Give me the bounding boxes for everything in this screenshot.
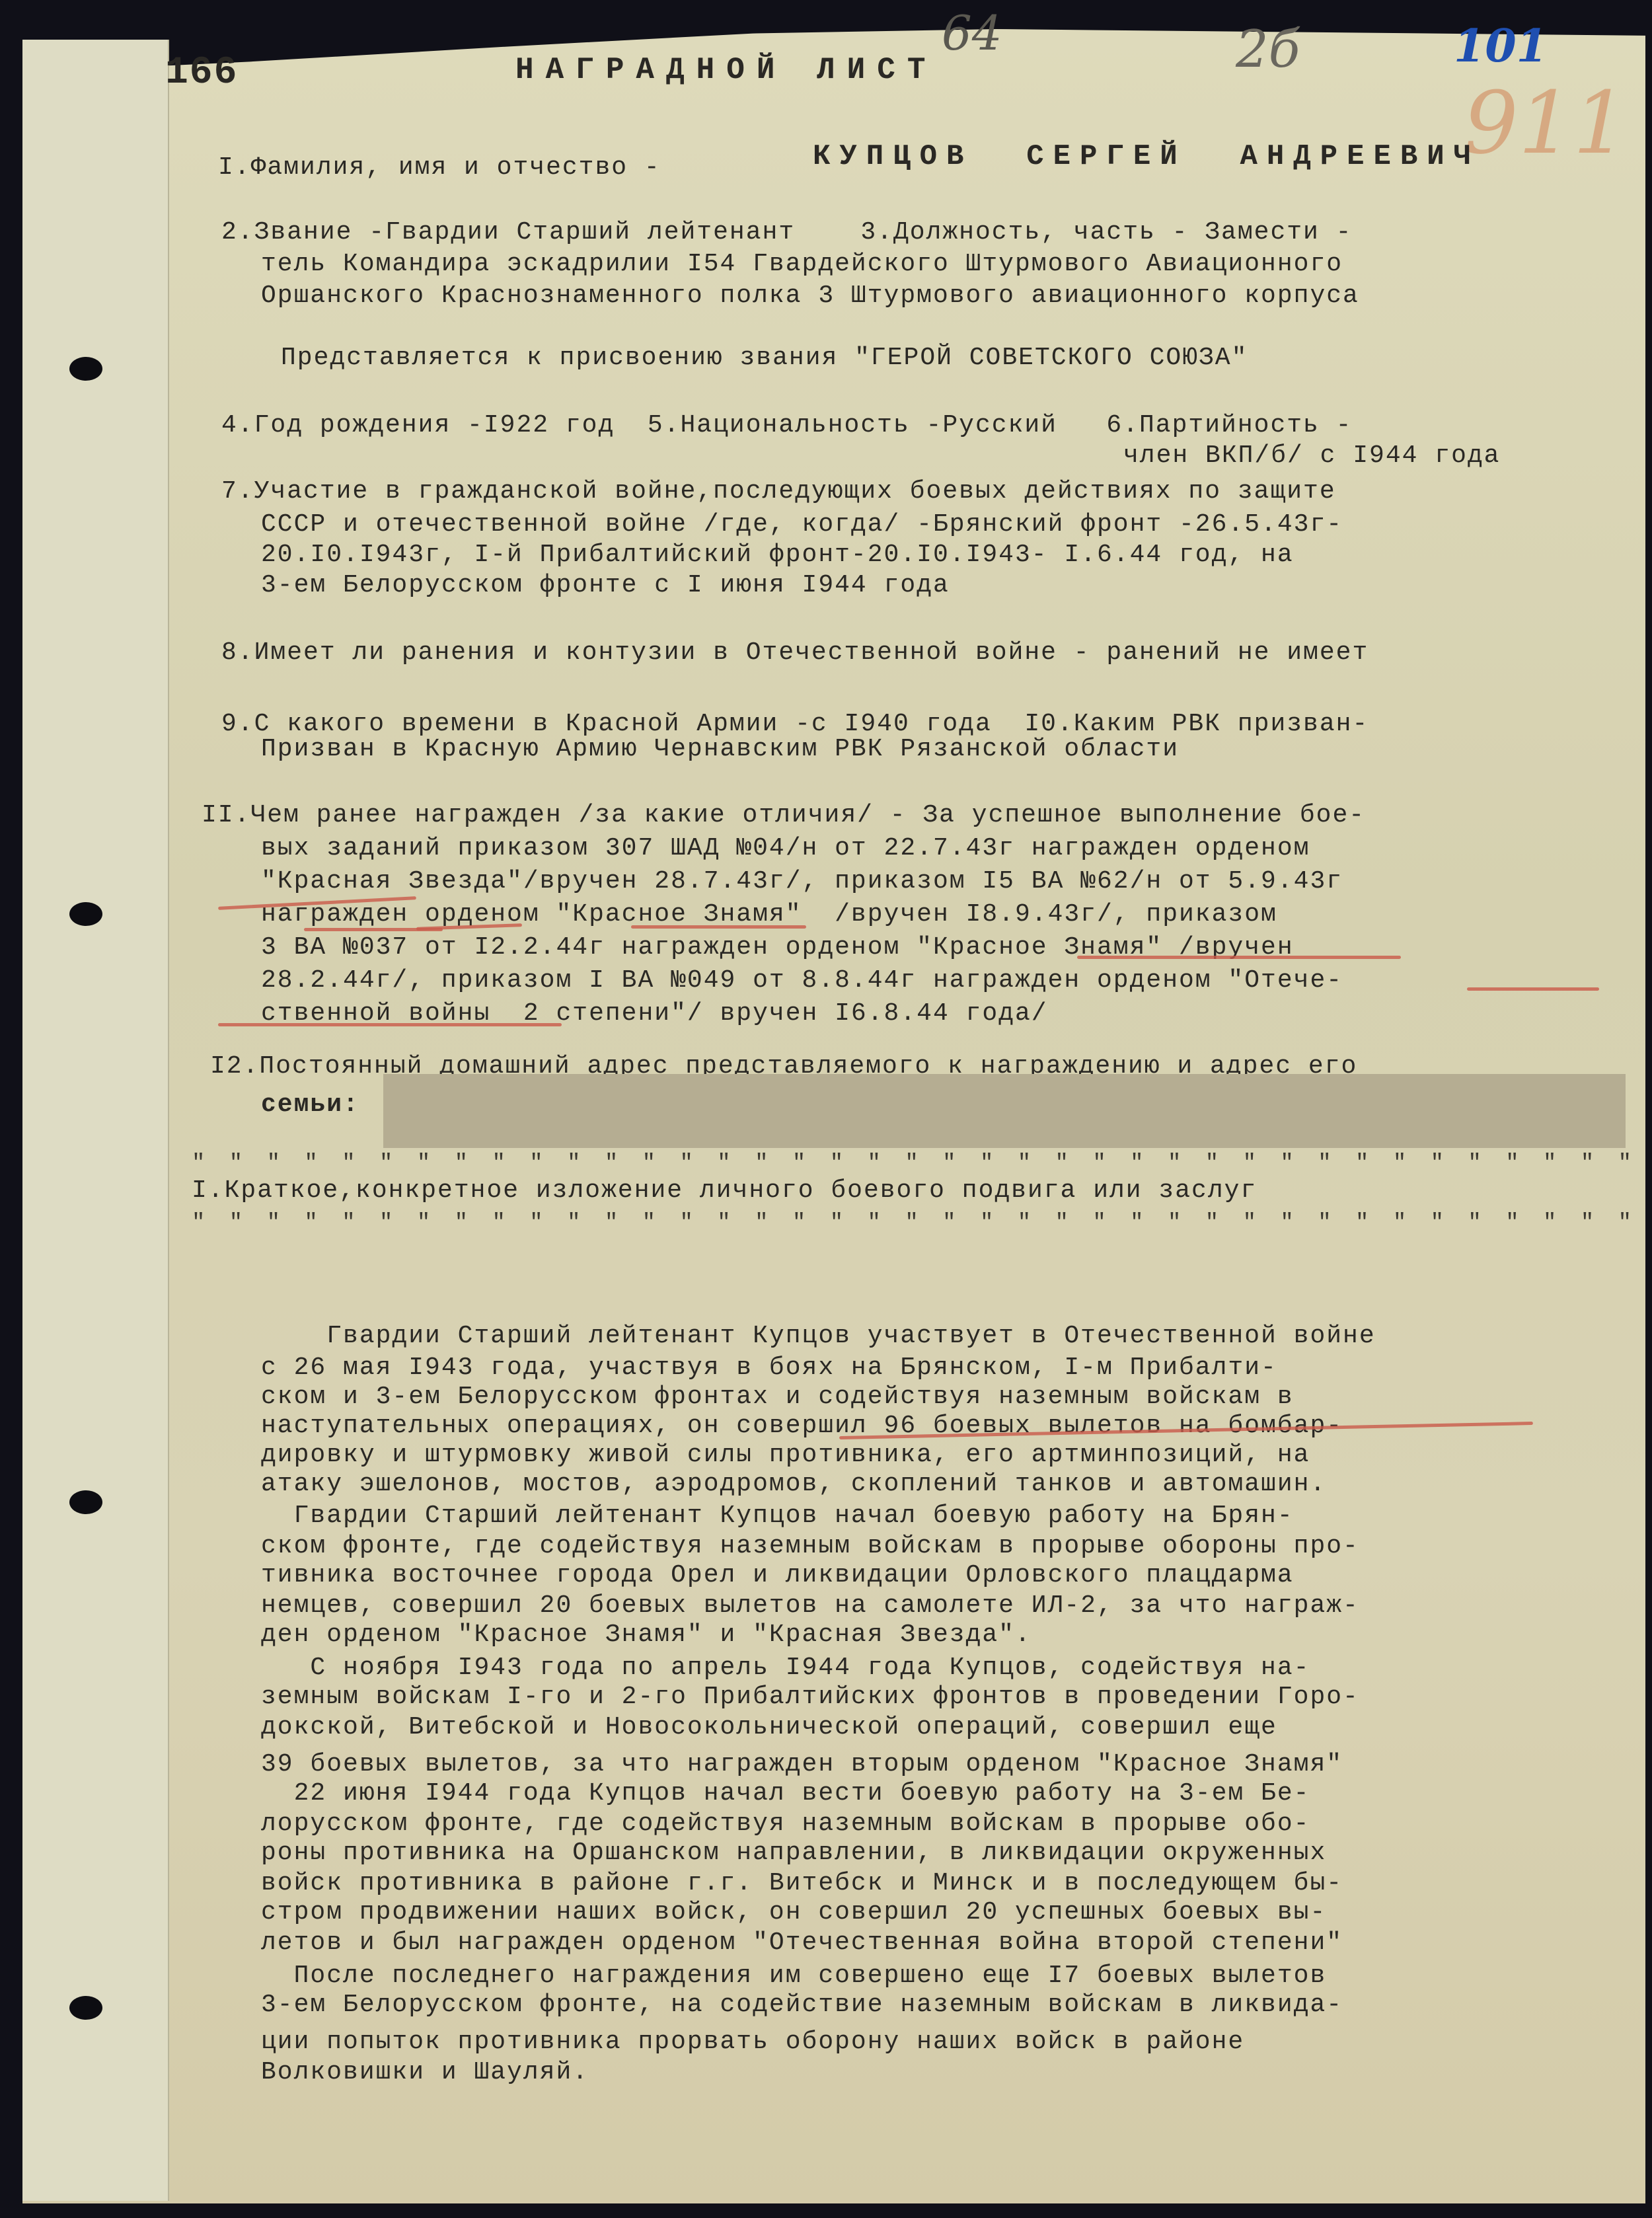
narrative-line: стром продвижении наших войск, он соверш… xyxy=(261,1898,1326,1927)
field-11-line-3: "Красная Звезда"/вручен 28.7.43г/, прика… xyxy=(261,867,1343,896)
punch-hole xyxy=(69,1490,102,1514)
narrative-line: докской, Витебской и Новосокольнической … xyxy=(261,1713,1277,1741)
field-11-line-2: вых заданий приказом 307 ШАД №04/н от 22… xyxy=(261,834,1310,862)
field-4-birth-year: 4.Год рождения -I922 год 5.Национальност… xyxy=(221,411,1352,440)
field-1-full-name: КУПЦОВ СЕРГЕЙ АНДРЕЕВИЧ xyxy=(813,140,1480,173)
field-3-unit-line-3: Оршанского Краснознаменного полка 3 Штур… xyxy=(261,282,1359,310)
divider-top: " " " " " " " " " " " " " " " " " " " " … xyxy=(192,1151,1632,1176)
red-pencil-mark: 911 xyxy=(1464,73,1628,173)
narrative-line: После последнего награждения им совершен… xyxy=(261,1962,1326,1990)
section-heading: I.Краткое,конкретное изложение личного б… xyxy=(192,1176,1257,1205)
punch-hole xyxy=(69,357,102,381)
red-underline xyxy=(631,925,806,929)
sheet-number: 166 xyxy=(165,52,238,95)
narrative-line: 39 боевых вылетов, за что награжден втор… xyxy=(261,1750,1343,1778)
pencil-signature: 2б xyxy=(1236,20,1300,79)
redacted-address-block xyxy=(383,1074,1626,1148)
narrative-line: атаку эшелонов, мостов, аэродромов, скоп… xyxy=(261,1470,1326,1498)
blue-ink-number: 101 xyxy=(1454,20,1548,73)
narrative-line: с 26 мая I943 года, участвуя в боях на Б… xyxy=(261,1354,1277,1382)
document-title: НАГРАДНОЙ ЛИСТ xyxy=(515,53,937,87)
pencil-mark-top: 64 xyxy=(942,5,1002,61)
narrative-line: ском фронте, где содействуя наземным вой… xyxy=(261,1532,1359,1560)
narrative-line: роны противника на Оршанском направлении… xyxy=(261,1839,1326,1867)
narrative-line: Волковишки и Шауляй. xyxy=(261,2058,589,2086)
red-underline xyxy=(1467,987,1599,991)
field-1-label: I.Фамилия, имя и отчество - xyxy=(218,153,661,182)
field-7-line-2: СССР и отечественной войне /где, когда/ … xyxy=(261,510,1343,539)
field-9-service-since: 9.С какого времени в Красной Армии -с I9… xyxy=(221,710,1369,738)
narrative-line: земным войскам I-го и 2-го Прибалтийских… xyxy=(261,1683,1359,1711)
red-underline xyxy=(1077,956,1401,959)
narrative-line: ском и 3-ем Белорусском фронтах и содейс… xyxy=(261,1383,1294,1411)
narrative-line: летов и был награжден орденом "Отечестве… xyxy=(261,1929,1343,1957)
narrative-line: 3-ем Белорусском фронте, на содействие н… xyxy=(261,1991,1343,2019)
divider-bottom: " " " " " " " " " " " " " " " " " " " " … xyxy=(192,1211,1632,1236)
narrative-line: ции попыток противника прорвать оборону … xyxy=(261,2028,1244,2056)
narrative-line: С ноября I943 года по апрель I944 года К… xyxy=(261,1654,1310,1682)
narrative-line: Гвардии Старший лейтенант Купцов участву… xyxy=(261,1322,1376,1350)
presented-for-title: Представляется к присвоению звания "ГЕРО… xyxy=(281,344,1248,372)
field-6-party: член ВКП/б/ с I944 года xyxy=(1123,441,1501,470)
narrative-line: 22 июня I944 года Купцов начал вести бое… xyxy=(261,1779,1310,1808)
narrative-line: наступательных операциях, он совершил 96… xyxy=(261,1412,1343,1440)
narrative-line: дировку и штурмовку живой силы противник… xyxy=(261,1441,1310,1469)
field-2-rank-position: 2.Звание -Гвардии Старший лейтенант 3.До… xyxy=(221,218,1352,247)
field-11-line-6: 28.2.44г/, приказом I ВА №049 от 8.8.44г… xyxy=(261,966,1343,995)
field-8-wounds: 8.Имеет ли ранения и контузии в Отечеств… xyxy=(221,638,1369,667)
narrative-line: Гвардии Старший лейтенант Купцов начал б… xyxy=(261,1502,1294,1530)
narrative-line: немцев, совершил 20 боевых вылетов на са… xyxy=(261,1591,1359,1620)
field-7-line-4: 3-ем Белорусском фронте с I июня I944 го… xyxy=(261,571,950,599)
field-11-line-4: награжден орденом "Красное Знамя" /вруче… xyxy=(261,900,1277,929)
punch-hole xyxy=(69,902,102,926)
field-10-drafted-by: Призван в Красную Армию Чернавским РВК Р… xyxy=(261,735,1179,763)
field-3-unit-line-2: тель Командира эскадрилии I54 Гвардейско… xyxy=(261,250,1343,278)
punch-hole xyxy=(69,1996,102,2020)
red-underline xyxy=(218,1023,562,1026)
narrative-line: тивника восточнее города Орел и ликвидац… xyxy=(261,1561,1294,1589)
field-12-family-label: семьи: xyxy=(261,1090,359,1119)
field-11-line-1: II.Чем ранее награжден /за какие отличия… xyxy=(202,801,1365,829)
narrative-line: ден орденом "Красное Знамя" и "Красная З… xyxy=(261,1621,1032,1649)
narrative-line: войск противника в районе г.г. Витебск и… xyxy=(261,1869,1343,1897)
narrative-line: лорусском фронте, где содействуя наземны… xyxy=(261,1810,1310,1838)
field-7-line-1: 7.Участие в гражданской войне,последующи… xyxy=(221,477,1336,506)
field-7-line-3: 20.I0.I943г, I-й Прибалтийский фронт-20.… xyxy=(261,541,1294,569)
